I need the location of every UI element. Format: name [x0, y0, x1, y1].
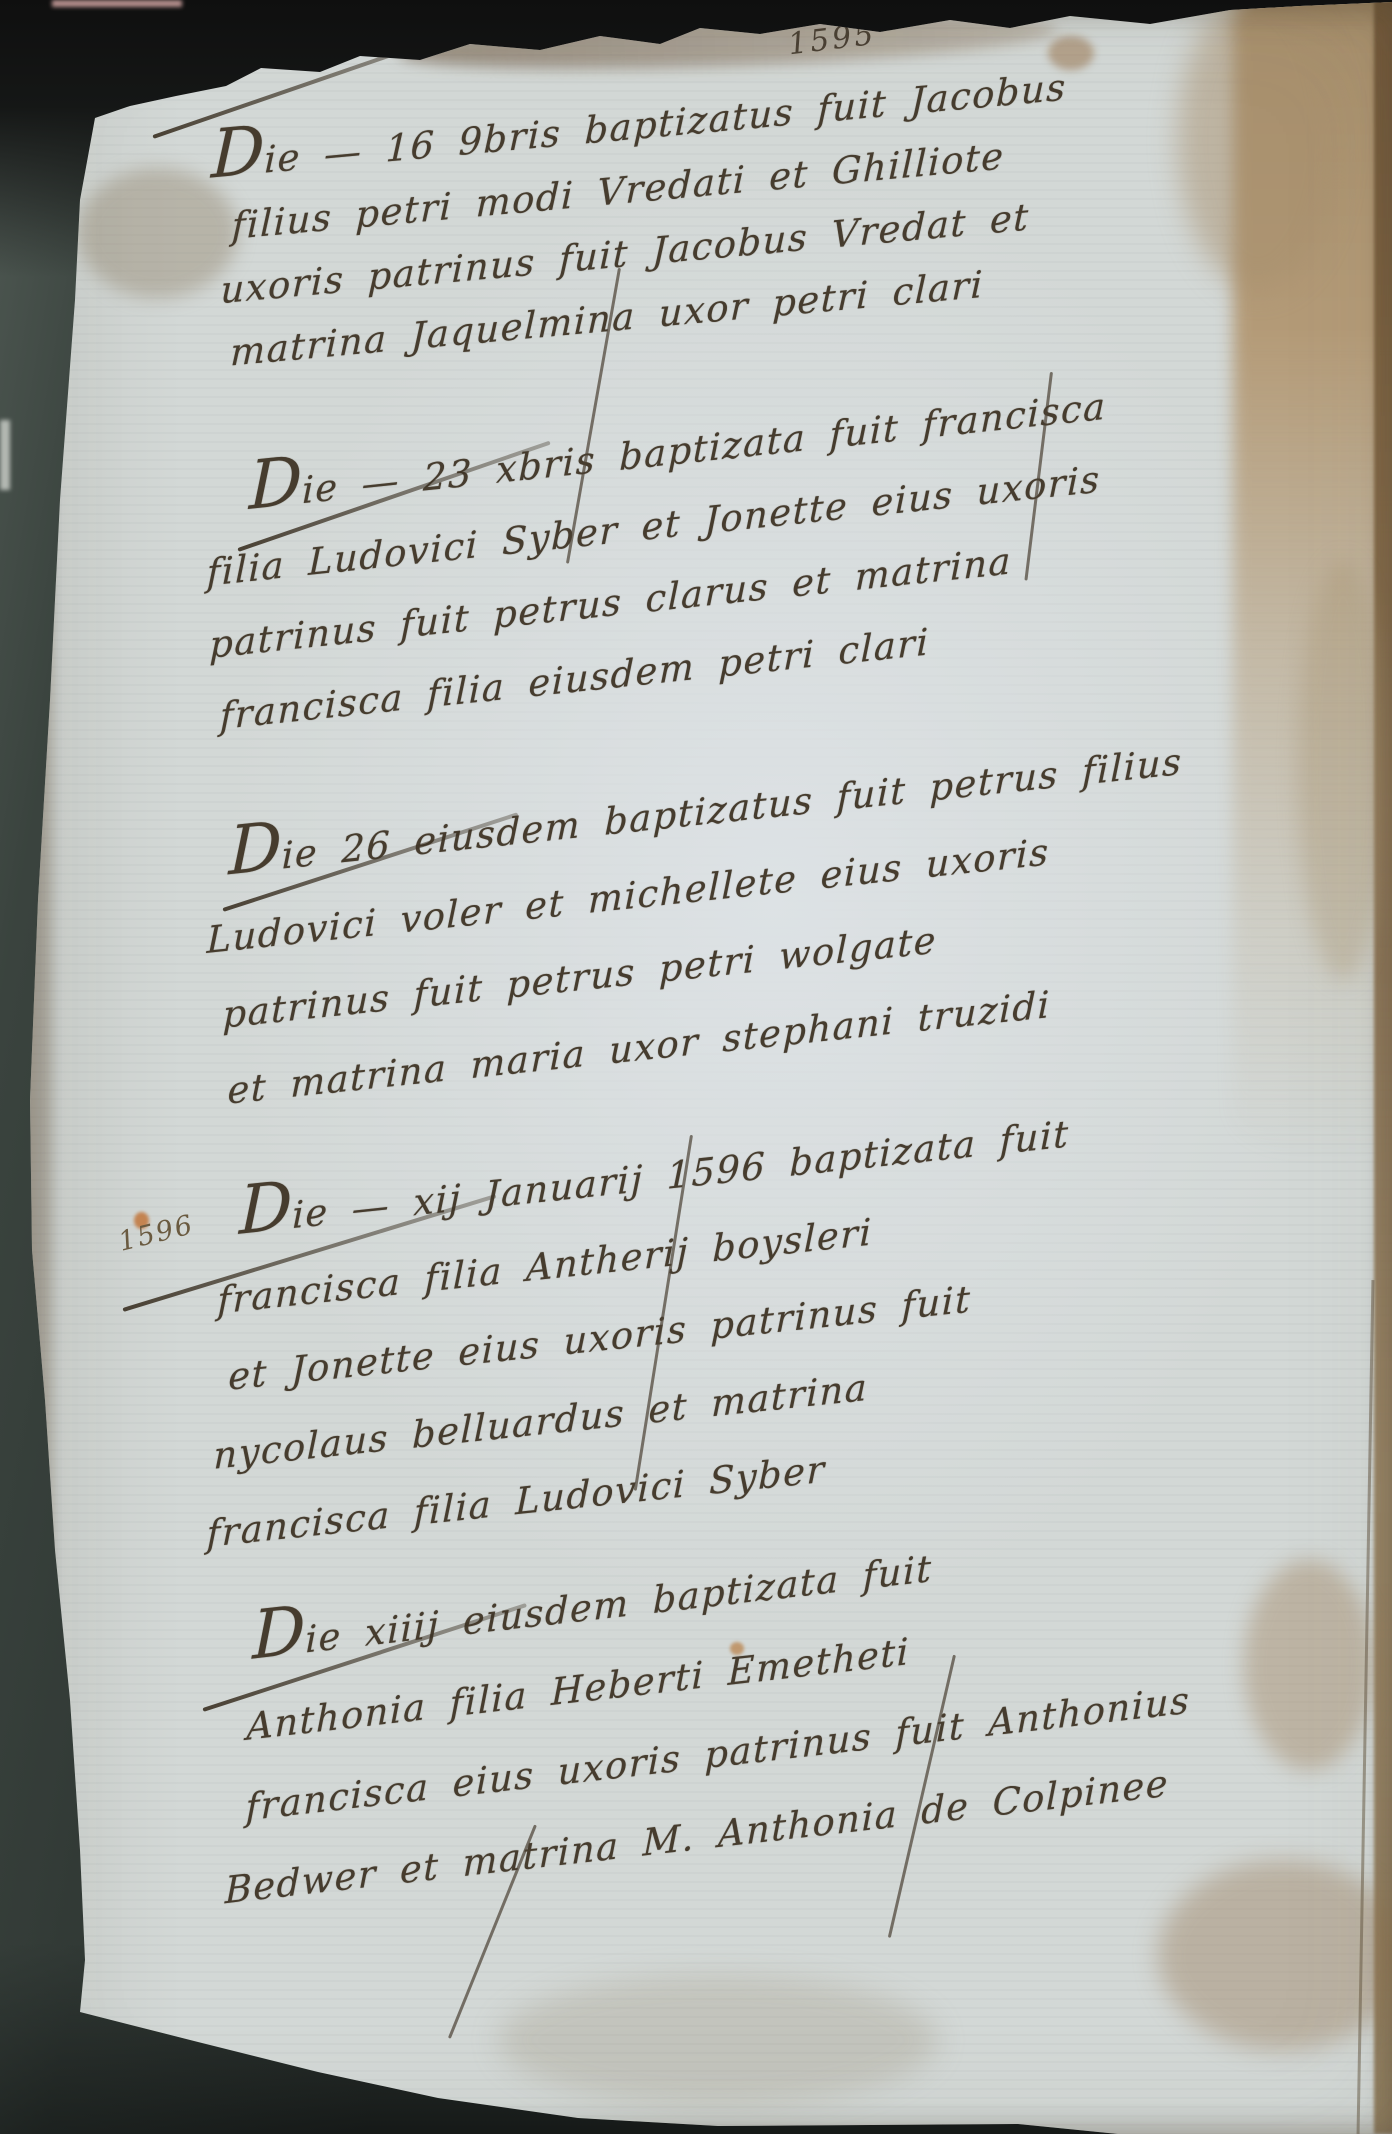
water-stain — [1158, 1860, 1392, 2050]
baptism-record: Die 26 eiusdem baptizatus fuit petrus fi… — [195, 724, 1210, 1130]
ink-blot-stain — [1244, 1560, 1374, 1770]
scan-edge-artifact — [0, 420, 10, 490]
baptism-record: Die — 16 9bris baptizatus fuit Jacobusfi… — [188, 56, 1086, 387]
water-stain — [1298, 560, 1388, 980]
binding-water-stain — [1233, 0, 1392, 1160]
baptism-record: Die — 23 xbris baptizata fuit franciscaf… — [190, 371, 1132, 753]
baptism-record: Die — xij Januarij 1596 baptizata fuitfr… — [200, 1096, 1105, 1570]
baptism-record: Die xiiij eiusdem baptizata fuitAnthonia… — [218, 1502, 1204, 1928]
year-annotation-top: 1595 — [786, 17, 878, 63]
photograph-background: 1595 1596 Die — 16 9bris baptizatus fuit… — [0, 0, 1392, 2134]
binding-water-stain — [1178, 0, 1338, 290]
manuscript-page: 1595 1596 Die — 16 9bris baptizatus fuit… — [18, 0, 1392, 2134]
adjacent-page-edge — [1374, 0, 1392, 2134]
year-annotation-margin: 1596 — [115, 1209, 197, 1258]
left-edge-discoloration — [24, 110, 52, 2010]
bottom-smudge — [498, 1975, 938, 2105]
scan-edge-artifact — [52, 0, 182, 7]
paper-crease — [1357, 1280, 1375, 2134]
